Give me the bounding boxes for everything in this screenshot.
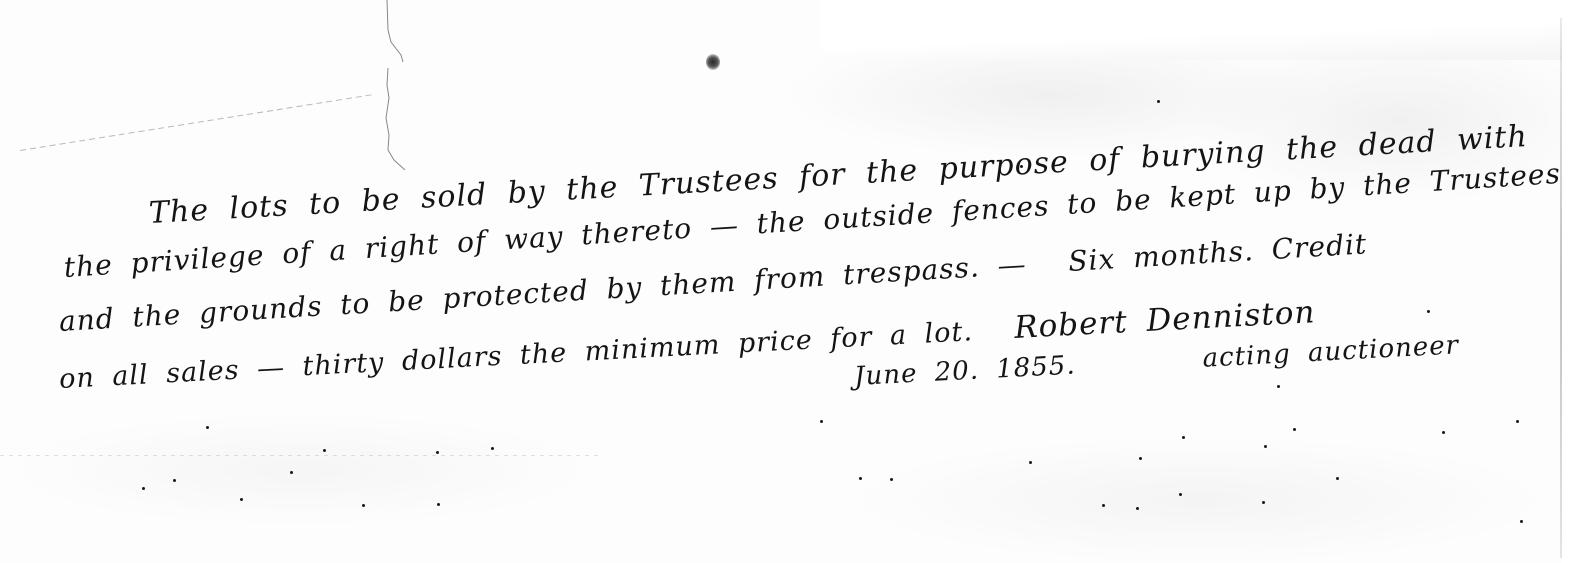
document-date: June 20. 1855. (853, 350, 1076, 392)
handwritten-text-block: The lots to be sold by the Trustees for … (0, 0, 1592, 563)
scanned-document-page: The lots to be sold by the Trustees for … (0, 0, 1592, 563)
signature-title: acting auctioneer (1202, 330, 1460, 373)
credit-terms: Six months. Credit (1067, 227, 1368, 278)
signature-name: Robert Denniston (1013, 294, 1316, 346)
